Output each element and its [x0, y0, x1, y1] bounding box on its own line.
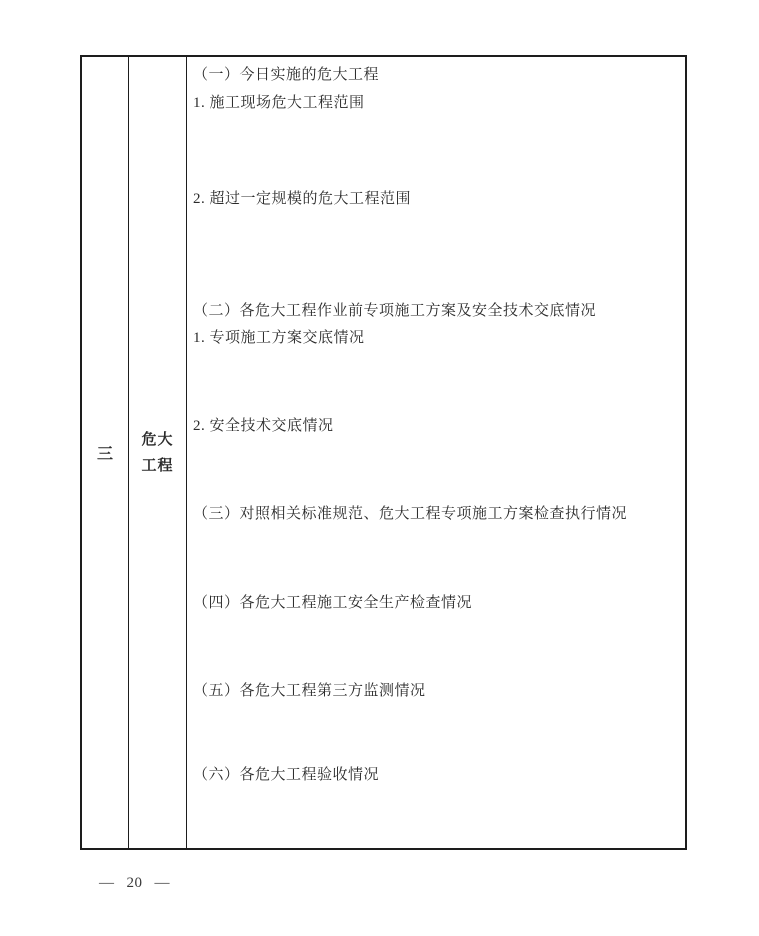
- content-item-section-5: （五）各危大工程第三方监测情况: [193, 681, 679, 701]
- document-page: 三 危大 工程 （一）今日实施的危大工程 1. 施工现场危大工程范围 2. 超过…: [0, 0, 759, 936]
- content-item-section-6: （六）各危大工程验收情况: [193, 765, 679, 785]
- content-item-1-1: 1. 施工现场危大工程范围: [193, 93, 679, 113]
- row-index-label: 三: [97, 441, 113, 464]
- category-label-line1: 危大: [141, 427, 173, 453]
- content-item-section-1: （一）今日实施的危大工程: [193, 65, 679, 85]
- content-item-2-2: 2. 安全技术交底情况: [193, 416, 679, 436]
- content-item-2-1: 1. 专项施工方案交底情况: [193, 328, 679, 348]
- footer-dash-left: —: [99, 875, 115, 892]
- content-item-1-2: 2. 超过一定规模的危大工程范围: [193, 189, 679, 209]
- content-item-section-3: （三）对照相关标准规范、危大工程专项施工方案检查执行情况: [193, 504, 679, 524]
- row-index-cell: 三: [82, 57, 129, 848]
- content-item-section-2: （二）各危大工程作业前专项施工方案及安全技术交底情况: [193, 301, 679, 321]
- inspection-table: 三 危大 工程 （一）今日实施的危大工程 1. 施工现场危大工程范围 2. 超过…: [80, 55, 687, 850]
- category-label: 危大 工程: [141, 427, 173, 479]
- page-number: 20: [127, 875, 143, 892]
- content-item-section-4: （四）各危大工程施工安全生产检查情况: [193, 593, 679, 613]
- category-cell: 危大 工程: [129, 57, 187, 848]
- footer-dash-right: —: [155, 875, 171, 892]
- page-footer: — 20 —: [99, 875, 170, 892]
- content-cell: （一）今日实施的危大工程 1. 施工现场危大工程范围 2. 超过一定规模的危大工…: [188, 57, 685, 848]
- category-label-line2: 工程: [141, 453, 173, 479]
